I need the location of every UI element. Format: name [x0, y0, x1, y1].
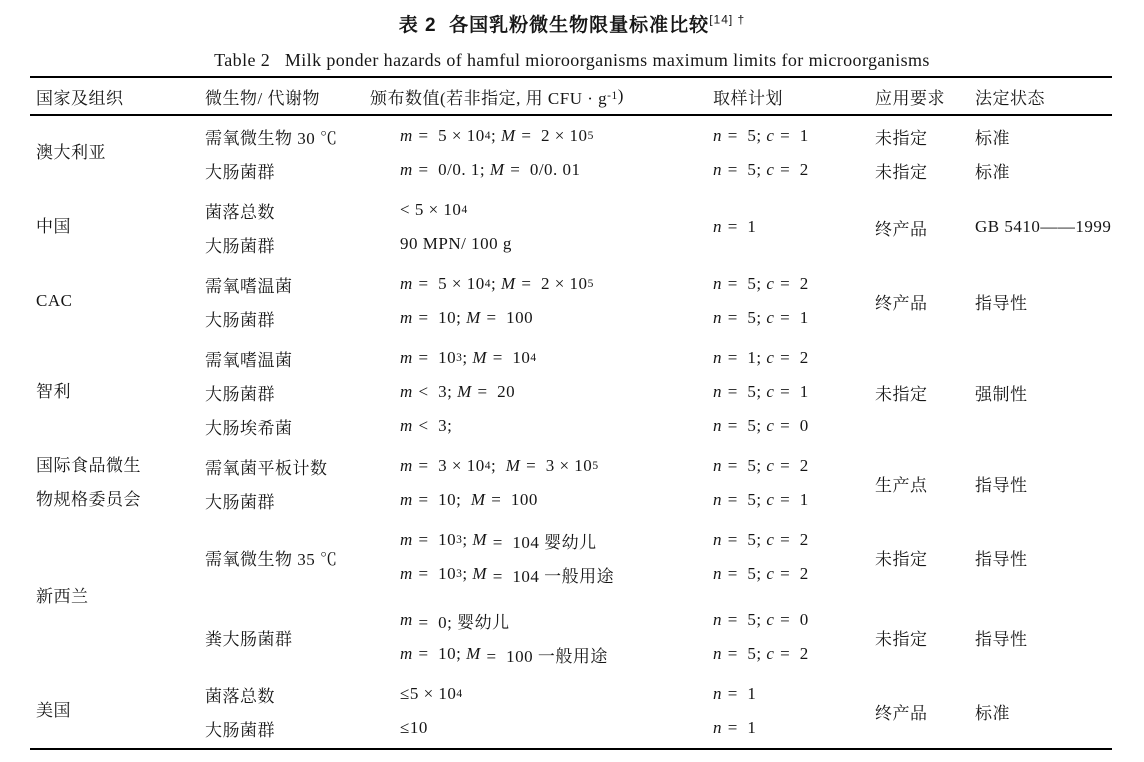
sampling-cell: n = 5; c = 0 [713, 409, 875, 443]
application-cell: 生产点 [875, 449, 975, 517]
sampling-cell: n = 1 [713, 711, 875, 745]
value-cell: m = 103; M = 104 [400, 341, 713, 375]
country-cell: 美国 [36, 677, 148, 745]
microbe-cell: 大肠菌群 [205, 711, 400, 745]
value-cell: m = 10; M = 100 [400, 301, 713, 335]
header-application: 应用要求 [875, 79, 975, 113]
application-cell: 未指定 [875, 603, 975, 671]
country-group-australia: 澳大利亚 需氧微生物 30 ℃ m = 5 × 104; M = 2 × 105… [30, 116, 1112, 190]
document-page: 表 2 各国乳粉微生物限量标准比较[14] † Table 2 Milk pon… [0, 0, 1144, 762]
legal-cell: GB 5410——1999 [975, 193, 1112, 261]
legal-cell: 指导性 [975, 449, 1112, 517]
country-group-icmsf: 国际食品微生物规格委员会 需氧菌平板计数 m = 3 × 104; M = 3 … [30, 446, 1112, 520]
country-cell: 国际食品微生物规格委员会 [36, 449, 148, 517]
sampling-cell: n = 5; c = 2 [713, 153, 875, 187]
microbe-cell: 菌落总数 [205, 193, 400, 227]
sampling-cell: n = 5; c = 1 [713, 119, 875, 153]
sampling-cell: n = 5; c = 2 [713, 267, 875, 301]
header-value: 颁布数值(若非指定, 用 CFU · g-1) [370, 79, 713, 113]
microbe-cell: 需氧微生物 30 ℃ [205, 119, 400, 153]
sampling-cell: n = 5; c = 1 [713, 301, 875, 335]
sampling-cell: n = 1; c = 2 [713, 341, 875, 375]
value-cell: m = 10; M = 100 [400, 483, 713, 517]
microbe-cell: 需氧微生物 35 ℃ [205, 523, 400, 591]
country-group-chile: 智利 需氧嗜温菌 m = 103; M = 104 n = 1; c = 2 大… [30, 338, 1112, 446]
value-cell: m = 5 × 104; M = 2 × 105 [400, 119, 713, 153]
sampling-cell: n = 5; c = 1 [713, 483, 875, 517]
legal-cell: 指导性 [975, 267, 1112, 335]
legal-cell: 强制性 [975, 341, 1112, 443]
legal-cell: 标准 [975, 153, 1112, 187]
header-sampling: 取样计划 [713, 79, 875, 113]
value-cell: ≤5 × 104 [400, 677, 713, 711]
country-cell: 中国 [36, 193, 148, 261]
legal-cell: 标准 [975, 119, 1112, 153]
microbe-cell: 大肠菌群 [205, 227, 400, 261]
country-cell: 澳大利亚 [36, 119, 148, 187]
value-cell: m = 5 × 104; M = 2 × 105 [400, 267, 713, 301]
country-group-china: 中国 菌落总数 < 5 × 104 大肠菌群 90 MPN/ 100 g n =… [30, 190, 1112, 264]
value-cell: m < 3; M = 20 [400, 375, 713, 409]
sampling-cell: n = 5; c = 1 [713, 375, 875, 409]
sampling-cell: n = 5; c = 2 [713, 523, 875, 557]
value-cell: m = 103; M = 104 一般用途 [400, 557, 713, 591]
country-cell: CAC [36, 267, 148, 335]
header-country: 国家及组织 [36, 79, 205, 113]
microbe-cell: 需氧嗜温菌 [205, 267, 400, 301]
country-group-cac: CAC 需氧嗜温菌 m = 5 × 104; M = 2 × 105 n = 5… [30, 264, 1112, 338]
microbe-cell: 大肠菌群 [205, 153, 400, 187]
microbe-cell: 大肠埃希菌 [205, 409, 400, 443]
sampling-cell: n = 1 [713, 677, 875, 711]
value-cell: m < 3; [400, 409, 713, 443]
sampling-cell: n = 5; c = 2 [713, 449, 875, 483]
value-cell: 90 MPN/ 100 g [400, 227, 713, 261]
table-title-english: Table 2 Milk ponder hazards of hamful mi… [0, 50, 1144, 71]
country-group-usa: 美国 菌落总数 ≤5 × 104 n = 1 大肠菌群 ≤10 n = 1 终产… [30, 674, 1112, 748]
value-cell: m = 103; M = 104 婴幼儿 [400, 523, 713, 557]
application-cell: 未指定 [875, 523, 975, 591]
microbe-cell: 粪大肠菌群 [205, 603, 400, 671]
value-cell: m = 0; 婴幼儿 [400, 603, 713, 637]
country-cell: 新西兰 [36, 523, 148, 671]
country-cell: 智利 [36, 341, 148, 443]
microbe-cell: 需氧菌平板计数 [205, 449, 400, 483]
country-group-new-zealand: 新西兰 需氧微生物 35 ℃ m = 103; M = 104 婴幼儿 n = … [30, 520, 1112, 674]
application-cell: 未指定 [875, 341, 975, 443]
application-cell: 终产品 [875, 677, 975, 745]
microbe-cell: 大肠菌群 [205, 483, 400, 517]
application-cell: 终产品 [875, 267, 975, 335]
value-cell: ≤10 [400, 711, 713, 745]
microbe-cell: 大肠菌群 [205, 301, 400, 335]
microbe-cell: 大肠菌群 [205, 375, 400, 409]
sampling-cell: n = 5; c = 0 [713, 603, 875, 637]
legal-cell: 指导性 [975, 603, 1112, 671]
application-cell: 终产品 [875, 193, 975, 261]
application-cell: 未指定 [875, 119, 975, 153]
table-header-row: 国家及组织 微生物/ 代谢物 颁布数值(若非指定, 用 CFU · g-1) 取… [30, 76, 1112, 116]
sampling-cell: n = 1 [713, 193, 875, 261]
value-cell: m = 3 × 104; M = 3 × 105 [400, 449, 713, 483]
value-cell: m = 10; M = 100 一般用途 [400, 637, 713, 671]
sampling-cell: n = 5; c = 2 [713, 557, 875, 591]
legal-cell: 指导性 [975, 523, 1112, 591]
table-title-chinese: 表 2 各国乳粉微生物限量标准比较[14] † [0, 0, 1144, 37]
sampling-cell: n = 5; c = 2 [713, 637, 875, 671]
value-cell: m = 0/0. 1; M = 0/0. 01 [400, 153, 713, 187]
value-cell: < 5 × 104 [400, 193, 713, 227]
header-legal: 法定状态 [975, 79, 1112, 113]
standards-table: 国家及组织 微生物/ 代谢物 颁布数值(若非指定, 用 CFU · g-1) 取… [30, 76, 1112, 750]
microbe-cell: 需氧嗜温菌 [205, 341, 400, 375]
application-cell: 未指定 [875, 153, 975, 187]
legal-cell: 标准 [975, 677, 1112, 745]
microbe-cell: 菌落总数 [205, 677, 400, 711]
